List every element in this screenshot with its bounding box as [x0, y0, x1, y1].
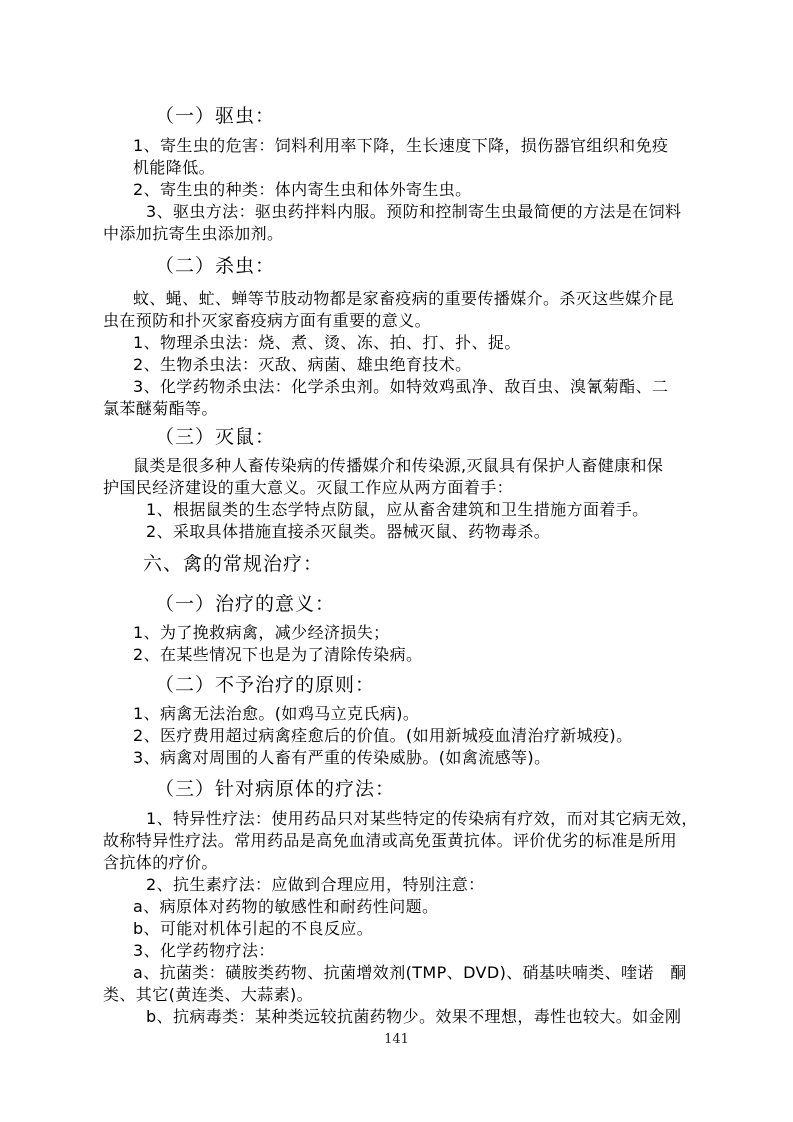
text-line: a、抗菌类：磺胺类药物、抗菌增效剂(TMP、DVD)、硝基呋喃类、喹诺 酮 — [133, 962, 703, 984]
text-line: 中添加抗寄生虫添加剂。 — [103, 223, 703, 245]
text-line: 鼠类是很多种人畜传染病的传播媒介和传染源,灭鼠具有保护人畜健康和保 — [133, 455, 703, 477]
text-line: 2、生物杀虫法：灭敌、病菌、雄虫绝育技术。 — [133, 354, 703, 376]
text-line: 氯苯醚菊酯等。 — [103, 398, 703, 420]
text-line: 3、化学药物杀虫法：化学杀虫剂。如特效鸡虱净、敌百虫、溴氰菊酯、二 — [133, 376, 703, 398]
text-line: 2、医疗费用超过病禽痊愈后的价值。(如用新城疫血清治疗新城疫)。 — [133, 725, 703, 747]
section-heading-no-treatment-principles: （二）不予治疗的原则： — [155, 672, 703, 698]
section-heading-insecticide: （二）杀虫： — [155, 253, 703, 279]
text-line: 含抗体的疗价。 — [103, 852, 703, 874]
text-line: 护国民经济建设的重大意义。灭鼠工作应从两方面着手： — [103, 477, 703, 499]
section-heading-pathogen-therapy: （三）针对病原体的疗法： — [155, 776, 703, 802]
section-heading-rodent-control: （三）灭鼠： — [155, 424, 703, 450]
text-line: 虫在预防和扑灭家畜疫病方面有重要的意义。 — [103, 310, 703, 332]
text-column: （一）驱虫： 1、寄生虫的危害：饲料利用率下降，生长速度下降，损伤器官组织和免疫… — [103, 103, 703, 1028]
text-line: 2、抗生素疗法：应做到合理应用，特别注意： — [146, 874, 703, 896]
chapter-heading-poultry-treatment: 六、禽的常规治疗： — [143, 551, 703, 577]
text-line: 1、特异性疗法：使用药品只对某些特定的传染病有疗效，而对其它病无效， — [146, 808, 703, 830]
text-line: 1、寄生虫的危害：饲料利用率下降，生长速度下降，损伤器官组织和免疫 — [133, 135, 703, 157]
text-line: 2、采取具体措施直接杀灭鼠类。器械灭鼠、药物毒杀。 — [146, 521, 703, 543]
text-line: 1、为了挽救病禽，减少经济损失； — [133, 622, 703, 644]
page-number: 141 — [0, 1032, 793, 1047]
text-line: 1、根据鼠类的生态学特点防鼠，应从畜舍建筑和卫生措施方面着手。 — [146, 499, 703, 521]
section-heading-deworming: （一）驱虫： — [155, 103, 703, 129]
text-line: 机能降低。 — [133, 157, 703, 179]
document-page: （一）驱虫： 1、寄生虫的危害：饲料利用率下降，生长速度下降，损伤器官组织和免疫… — [0, 0, 793, 1122]
section-heading-treatment-significance: （一）治疗的意义： — [155, 591, 703, 617]
text-line: 故称特异性疗法。常用药品是高免血清或高免蛋黄抗体。评价优劣的标准是所用 — [103, 830, 703, 852]
text-line: a、病原体对药物的敏感性和耐药性问题。 — [133, 896, 703, 918]
text-line: b、抗病毒类：某种类远较抗菌药物少。效果不理想，毒性也较大。如金刚 — [146, 1006, 703, 1028]
text-line: 类、其它(黄连类、大蒜素)。 — [103, 984, 703, 1006]
text-line: 蚊、蝇、虻、蝉等节肢动物都是家畜疫病的重要传播媒介。杀灭这些媒介昆 — [133, 288, 703, 310]
text-line: 1、物理杀虫法：烧、煮、烫、冻、拍、打、扑、捉。 — [133, 332, 703, 354]
text-line: 1、病禽无法治愈。(如鸡马立克氏病)。 — [133, 703, 703, 725]
text-line: 3、化学药物疗法： — [133, 940, 703, 962]
text-line: 2、寄生虫的种类：体内寄生虫和体外寄生虫。 — [133, 179, 703, 201]
text-line: b、可能对机体引起的不良反应。 — [133, 918, 703, 940]
text-line: 3、驱虫方法：驱虫药拌料内服。预防和控制寄生虫最简便的方法是在饲料 — [146, 201, 703, 223]
text-line: 3、病禽对周围的人畜有严重的传染威胁。(如禽流感等)。 — [133, 747, 703, 769]
text-line: 2、在某些情况下也是为了清除传染病。 — [133, 644, 703, 666]
